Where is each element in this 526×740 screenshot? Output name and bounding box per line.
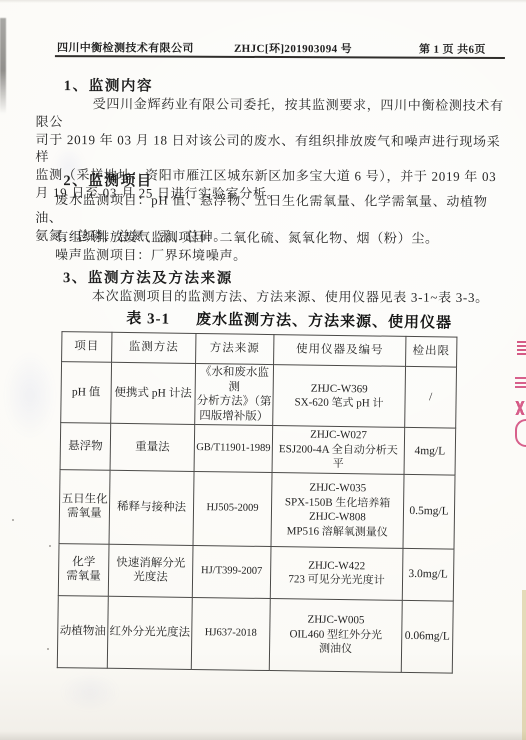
header-report-number: ZHJC[环]201903094 号	[234, 40, 352, 57]
red-stamp	[510, 341, 526, 445]
header-page-number: 第 1 页 共6页	[419, 41, 486, 57]
stamp-fragment	[515, 419, 526, 447]
cell-item: 化学 需氧量	[58, 543, 109, 596]
cell-source: HJ/T399-2007	[192, 545, 271, 598]
stamp-fragment	[517, 341, 526, 355]
wastewater-method-table: 项目 监测方法 方法来源 使用仪器及编号 检出限 pH 值 便携式 pH 计法 …	[57, 331, 458, 673]
header-company: 四川中衡检测技术有限公司	[57, 39, 194, 56]
cell-item: pH 值	[61, 362, 112, 424]
col-header-source: 方法来源	[196, 333, 274, 364]
section2-paragraph-exhaust: 有组织排放废气监测项目：二氧化硫、氮氧化物、烟（粉）尘。	[35, 228, 513, 248]
table-caption-number: 表 3-1	[126, 311, 170, 328]
table-3-1-block: 表 3-1废水监测方法、方法来源、使用仪器 项目 监测方法 方法来源 使用仪器及…	[57, 306, 460, 673]
section1-title: 1、监测内容	[64, 74, 153, 95]
col-header-limit: 检出限	[406, 336, 457, 367]
cell-item: 五日生化 需氧量	[59, 469, 110, 544]
cell-limit: 0.06mg/L	[401, 600, 453, 673]
cell-instruments: ZHJC-W027 ESJ200-4A 全自动分析天平	[272, 426, 405, 474]
cell-method: 红外分光光度法	[107, 596, 192, 669]
table-row-suspended-solids: 悬浮物 重量法 GB/T11901-1989 ZHJC-W027 ESJ200-…	[60, 423, 456, 475]
table-row-animal-vegetable-oil: 动植物油 红外分光光度法 HJ637-2018 ZHJC-W005 OIL460…	[57, 595, 453, 673]
cell-source: 《水和废水监测 分析方法》（第 四版增补版）	[195, 363, 274, 425]
scanned-report-page: 四川中衡检测技术有限公司 ZHJC[环]201903094 号 第 1 页 共6…	[0, 0, 526, 740]
col-header-instruments: 使用仪器及编号	[274, 335, 406, 367]
table-row-bod5: 五日生化 需氧量 稀释与接种法 HJ505-2009 ZHJC-W035 SPX…	[59, 469, 455, 549]
table-caption-title: 废水监测方法、方法来源、使用仪器	[196, 312, 452, 332]
section2-title: 2、监测项目	[63, 169, 152, 190]
cell-instruments: ZHJC-W422 723 可见分光光度计	[270, 546, 403, 600]
section2-paragraph-noise: 噪声监测项目：厂界环境噪声。	[35, 246, 513, 266]
cell-method: 稀释与接种法	[109, 470, 194, 545]
cell-instruments: ZHJC-W035 SPX-150B 生化培养箱 ZHJC-W808 MP516…	[271, 472, 404, 548]
col-header-item: 项目	[62, 332, 112, 363]
cell-method: 便携式 pH 计法	[111, 362, 196, 424]
cell-instruments: ZHJC-W369 SX-620 笔式 pH 计	[273, 365, 406, 428]
stamp-fragment	[514, 401, 526, 415]
table-caption: 表 3-1废水监测方法、方法来源、使用仪器	[92, 307, 487, 334]
cell-method: 重量法	[110, 423, 195, 471]
stamp-fragment	[515, 377, 526, 389]
cell-limit: 3.0mg/L	[402, 548, 454, 601]
cell-instruments: ZHJC-W005 OIL460 型红外分光 测油仪	[269, 598, 402, 672]
cell-limit: 0.5mg/L	[403, 474, 455, 549]
cell-method: 快速消解分光 光度法	[108, 544, 193, 597]
table-row-ph: pH 值 便携式 pH 计法 《水和废水监测 分析方法》（第 四版增补版） ZH…	[61, 362, 457, 429]
cell-source: GB/T11901-1989	[194, 424, 273, 472]
col-header-method: 监测方法	[112, 332, 196, 363]
cell-item: 悬浮物	[60, 423, 111, 470]
cell-limit: 4mg/L	[404, 427, 456, 474]
cell-source: HJ505-2009	[193, 471, 272, 546]
cell-source: HJ637-2018	[191, 597, 270, 670]
table-row-cod: 化学 需氧量 快速消解分光 光度法 HJ/T399-2007 ZHJC-W422…	[58, 543, 454, 601]
section3-title: 3、监测方法及方法来源	[63, 266, 233, 288]
section3-paragraph: 本次监测项目的监测方法、方法来源、使用仪器见表 3-1~表 3-3。	[35, 287, 513, 307]
cell-item: 动植物油	[57, 595, 108, 668]
cell-limit: /	[405, 366, 457, 428]
